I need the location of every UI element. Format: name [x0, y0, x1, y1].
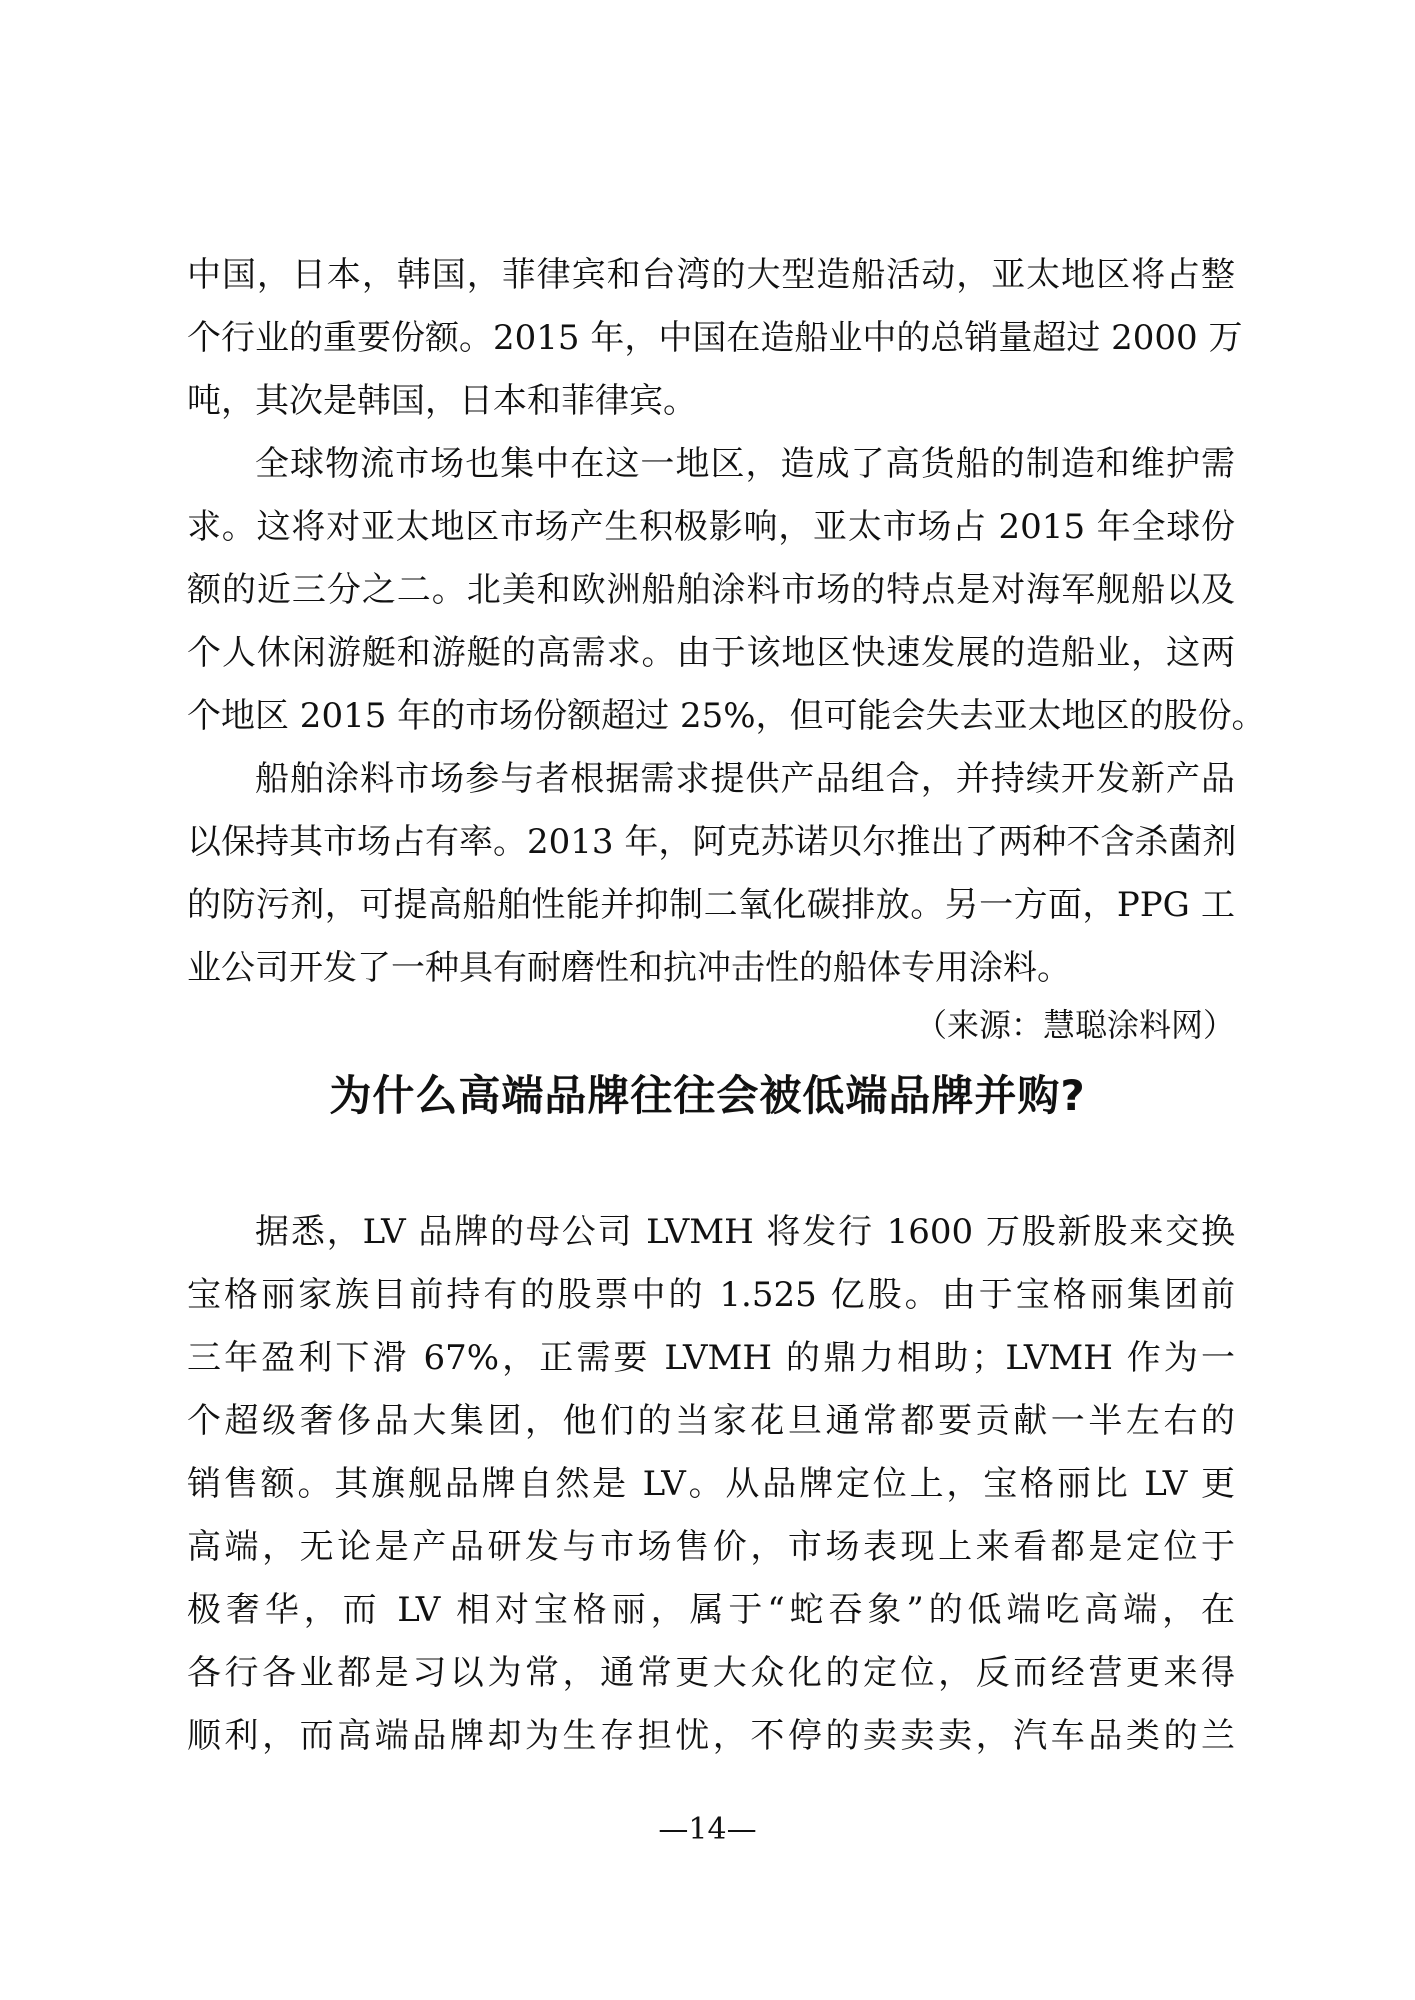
- text-line: 吨，其次是韩国，日本和菲律宾。: [187, 381, 1235, 421]
- text-line: 中国，日本，韩国，菲律宾和台湾的大型造船活动，亚太地区将占整: [187, 255, 1235, 295]
- text-line: 求。这将对亚太地区市场产生积极影响，亚太市场占 2015 年全球份: [187, 507, 1235, 547]
- text-line: 业公司开发了一种具有耐磨性和抗冲击性的船体专用涂料。: [187, 948, 1235, 988]
- article-title: 为什么高端品牌往往会被低端品牌并购?: [0, 1068, 1415, 1124]
- text-line: 个超级奢侈品大集团，他们的当家花旦通常都要贡献一半左右的: [187, 1401, 1235, 1441]
- document-page: 中国，日本，韩国，菲律宾和台湾的大型造船活动，亚太地区将占整 个行业的重要份额。…: [0, 0, 1415, 2000]
- text-line: 高端，无论是产品研发与市场售价，市场表现上来看都是定位于: [187, 1527, 1235, 1567]
- text-line: 三年盈利下滑 67%，正需要 LVMH 的鼎力相助；LVMH 作为一: [187, 1338, 1235, 1378]
- page-number: —14—: [0, 1810, 1415, 1850]
- text-line: 据悉，LV 品牌的母公司 LVMH 将发行 1600 万股新股来交换: [255, 1212, 1235, 1252]
- text-line: 个人休闲游艇和游艇的高需求。由于该地区快速发展的造船业，这两: [187, 633, 1235, 673]
- text-line: 船舶涂料市场参与者根据需求提供产品组合，并持续开发新产品: [255, 759, 1235, 799]
- text-line: 顺利，而高端品牌却为生存担忧，不停的卖卖卖，汽车品类的兰: [187, 1716, 1235, 1756]
- text-line: 额的近三分之二。北美和欧洲船舶涂料市场的特点是对海军舰船以及: [187, 570, 1235, 610]
- text-line: 极奢华，而 LV 相对宝格丽，属于“蛇吞象”的低端吃高端，在: [187, 1590, 1235, 1630]
- text-line: 的防污剂，可提高船舶性能并抑制二氧化碳排放。另一方面，PPG 工: [187, 885, 1235, 925]
- text-line: 个行业的重要份额。2015 年，中国在造船业中的总销量超过 2000 万: [187, 318, 1235, 358]
- source-attribution: （来源：慧聪涂料网）: [915, 1005, 1235, 1045]
- text-line: 宝格丽家族目前持有的股票中的 1.525 亿股。由于宝格丽集团前: [187, 1275, 1235, 1315]
- text-line: 全球物流市场也集中在这一地区，造成了高货船的制造和维护需: [255, 444, 1235, 484]
- text-line: 以保持其市场占有率。2013 年，阿克苏诺贝尔推出了两种不含杀菌剂: [187, 822, 1235, 862]
- text-line: 个地区 2015 年的市场份额超过 25%，但可能会失去亚太地区的股份。: [187, 696, 1235, 736]
- text-line: 各行各业都是习以为常，通常更大众化的定位，反而经营更来得: [187, 1653, 1235, 1693]
- text-line: 销售额。其旗舰品牌自然是 LV。从品牌定位上，宝格丽比 LV 更: [187, 1464, 1235, 1504]
